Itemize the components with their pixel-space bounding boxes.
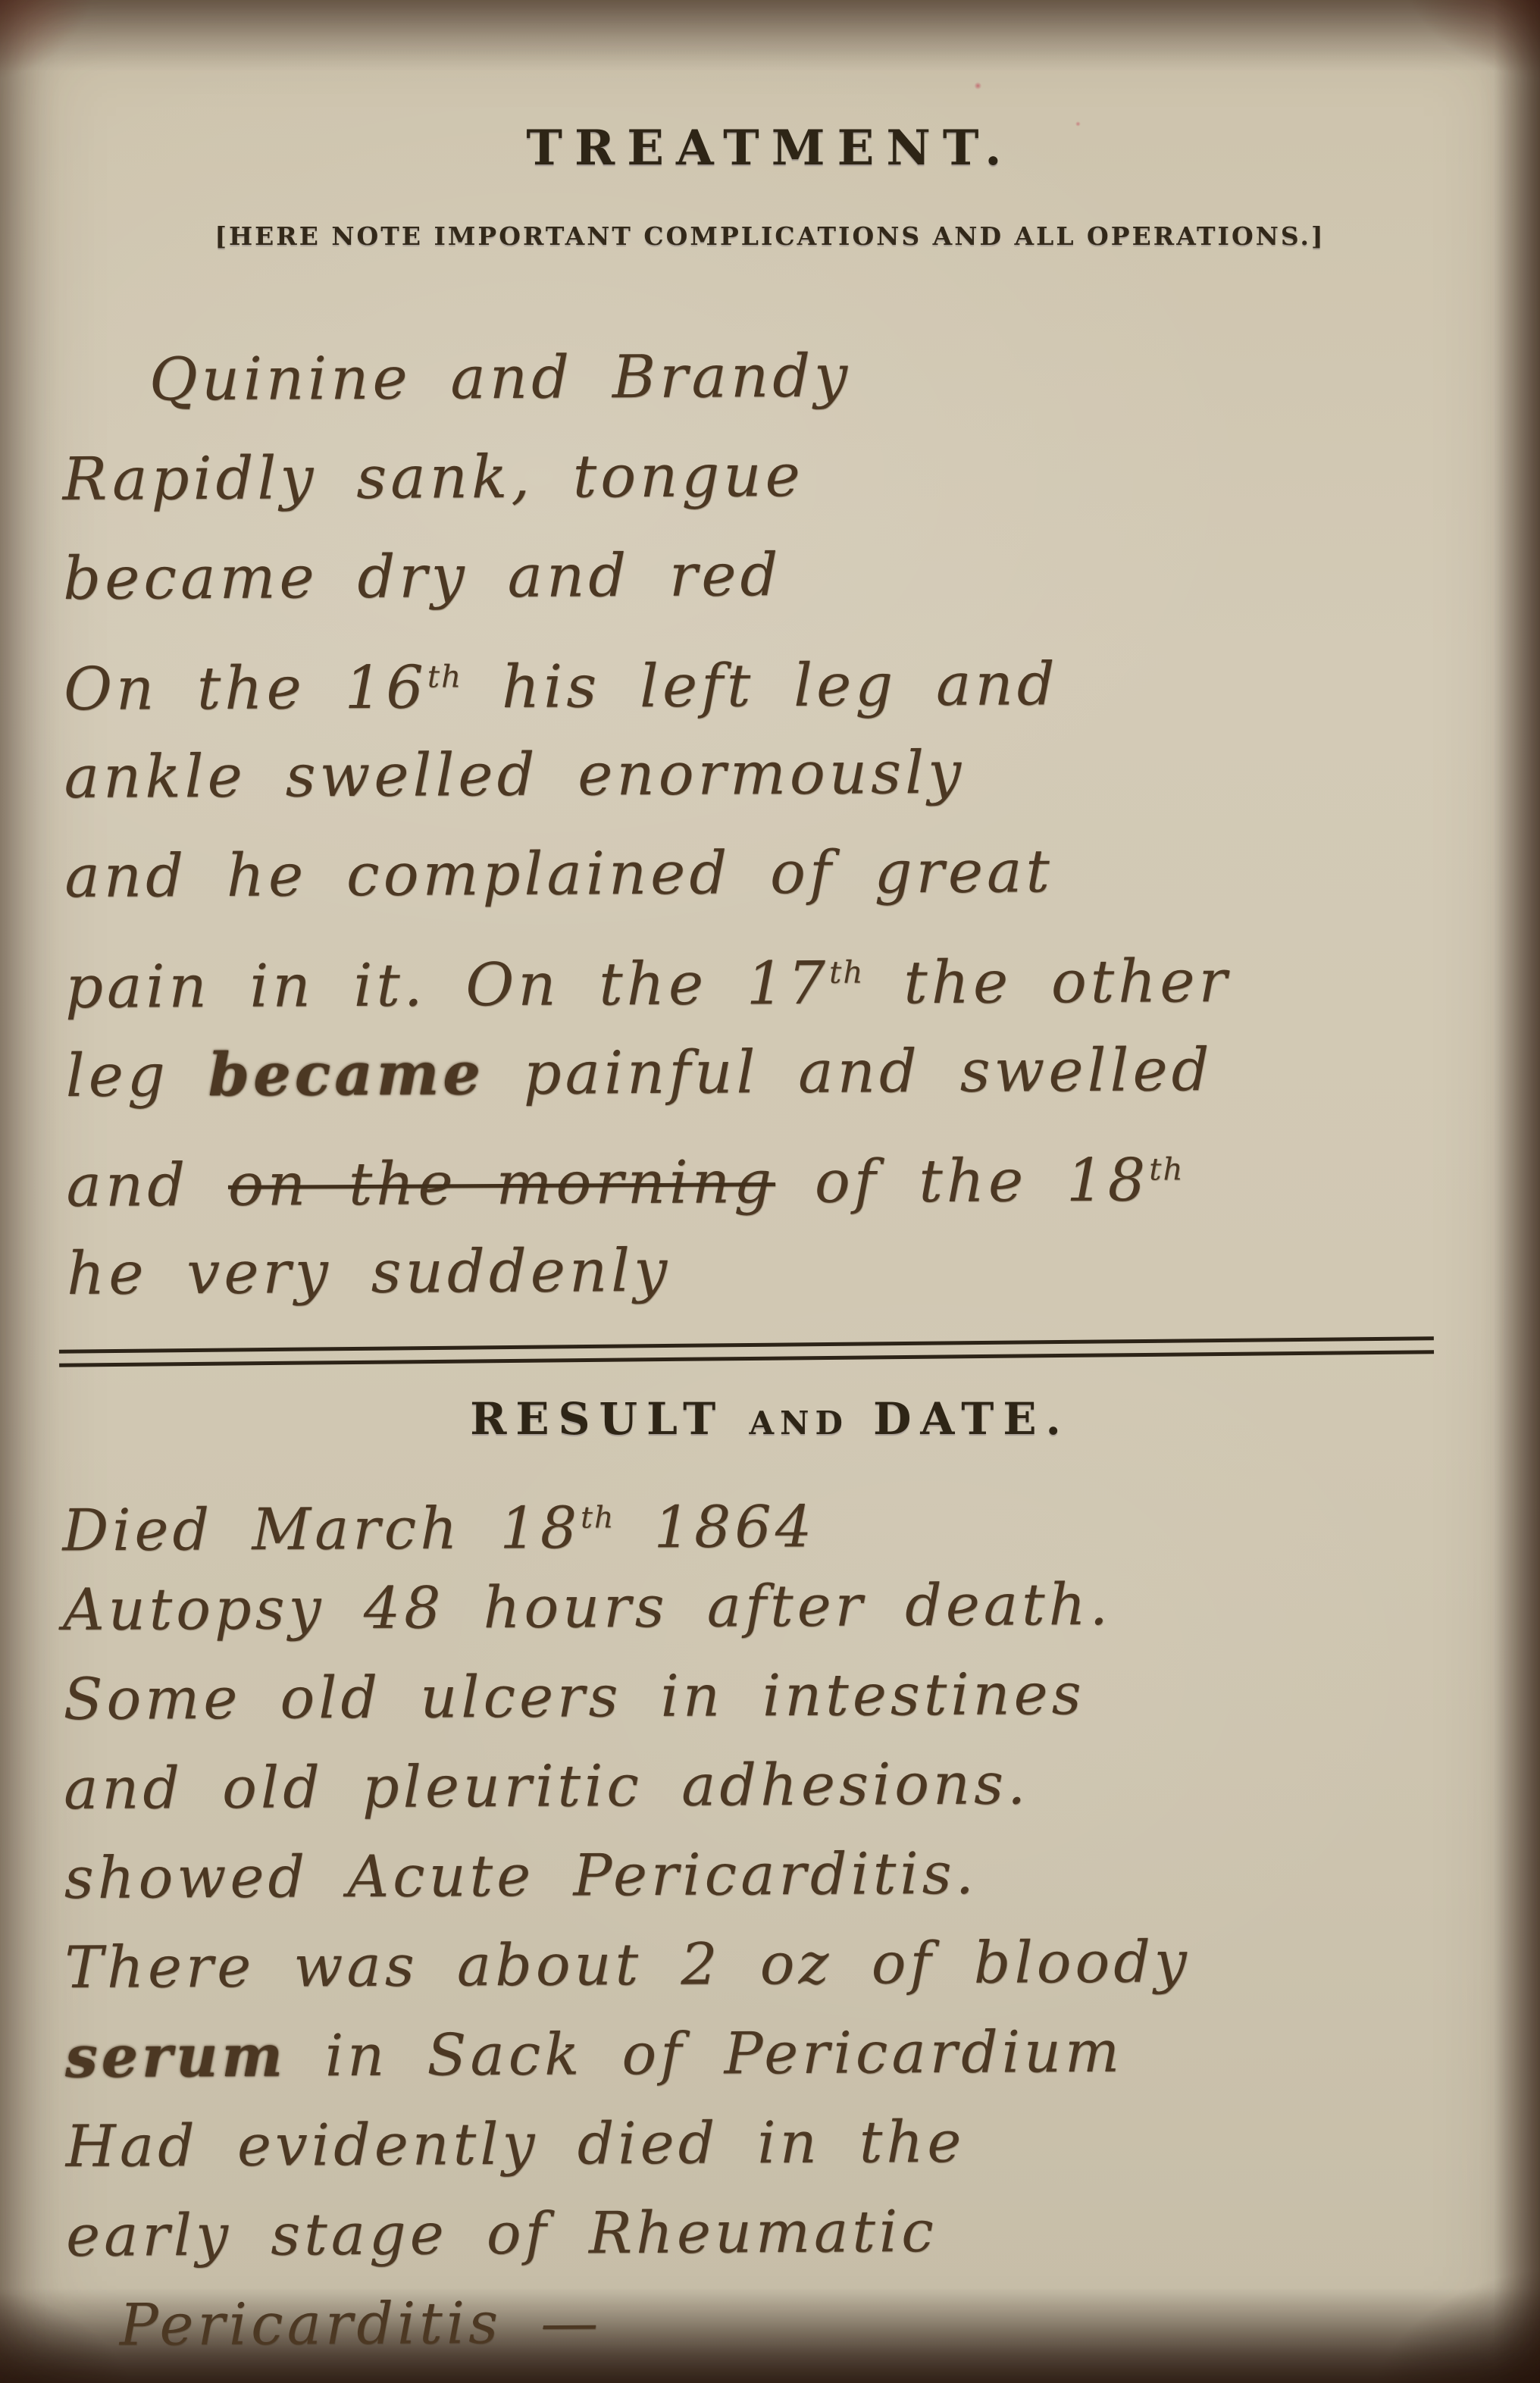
handwritten-text-segment: Quinine and Brandy [149,343,852,415]
treatment-section-title: TREATMENT. [0,120,1540,177]
handwritten-line: he very suddenly [67,1217,1528,1324]
treatment-handwriting: Quinine and BrandyRapidly sank, tonguebe… [62,324,1528,1324]
handwritten-text-segment: became dry and red [63,541,782,613]
handwritten-text-segment: of the 18 [775,1147,1150,1217]
handwritten-text-segment: Pericarditis — [120,2288,603,2358]
handwritten-text-segment: th [581,1500,615,1535]
handwritten-line: Pericarditis — [66,2273,1527,2370]
result-title-word-result: RESULT [470,1393,725,1445]
handwritten-line: Died March 18th 1864 [62,1468,1523,1565]
handwritten-line: pain in it. On the 17th the other [65,919,1526,1026]
handwritten-text-segment: Autopsy 48 hours after death. [63,1570,1112,1643]
handwritten-text-segment: Had evidently died in the [65,2108,965,2180]
handwritten-text-segment: and he complained of great [64,838,1053,911]
medical-record-page: TREATMENT. [HERE NOTE IMPORTANT COMPLICA… [0,0,1540,2383]
result-title-word-date: DATE. [873,1393,1070,1445]
handwritten-text-segment: in Sack of Pericardium [286,2018,1124,2090]
handwritten-text-segment: leg [65,1041,208,1110]
handwritten-text-segment: his left leg and [462,650,1059,722]
handwritten-line: serum in Sack of Pericardium [65,2005,1526,2102]
handwritten-text-segment: serum [65,2022,286,2091]
result-handwriting: Died March 18th 1864Autopsy 48 hours aft… [62,1468,1527,2370]
treatment-section-note: [HERE NOTE IMPORTANT COMPLICATIONS AND A… [0,221,1540,251]
handwritten-text-segment: pain in it. On the 17 [65,950,829,1022]
handwritten-line: and old pleuritic adhesions. [64,1736,1525,1833]
handwritten-line: and on the morning of the 18th [66,1118,1527,1225]
handwritten-text-segment: th [829,954,865,991]
handwritten-line: Rapidly sank, tongue [62,423,1523,530]
handwritten-text-segment: There was about 2 oz of bloody [64,1927,1191,2001]
handwritten-text-segment: Some old ulcers in intestines [63,1660,1085,1733]
result-section-title: RESULT AND DATE. [0,1393,1540,1445]
handwritten-text-segment: and [66,1151,228,1220]
handwritten-line: and he complained of great [64,820,1526,927]
handwritten-text-segment: he very suddenly [67,1237,671,1308]
handwritten-line: Quinine and Brandy [62,324,1523,431]
handwritten-line: There was about 2 oz of bloody [64,1915,1526,2012]
handwritten-text-segment: on the morning [228,1148,776,1220]
handwritten-line: leg became painful and swelled [65,1019,1526,1126]
handwritten-text-segment: the other [864,947,1231,1018]
handwritten-line: Had evidently died in the [65,2094,1526,2191]
handwritten-text-segment: and old pleuritic adhesions. [64,1749,1030,1822]
result-title-word-and: AND [750,1404,849,1442]
handwritten-text-segment: showed Acute Pericarditis. [64,1840,978,1912]
handwritten-text-segment: 1864 [615,1492,815,1561]
handwritten-text-segment: Died March 18 [62,1494,581,1564]
section-divider-rule [59,1336,1434,1367]
handwritten-text-segment: ankle swelled enormously [64,739,965,812]
handwritten-text-segment: became [208,1039,484,1110]
handwritten-line: Autopsy 48 hours after death. [63,1558,1524,1655]
handwritten-line: On the 16th his left leg and [64,622,1525,728]
handwritten-line: ankle swelled enormously [64,721,1525,828]
handwritten-text-segment: painful and swelled [484,1036,1213,1108]
handwritten-text-segment: On the 16 [64,654,427,725]
handwritten-text-segment: Rapidly sank, tongue [62,442,804,514]
handwritten-text-segment: early stage of Rheumatic [66,2197,937,2269]
handwritten-line: Some old ulcers in intestines [63,1647,1524,1744]
handwritten-line: early stage of Rheumatic [66,2184,1527,2281]
handwritten-line: showed Acute Pericarditis. [64,1826,1525,1923]
handwritten-text-segment: th [1149,1151,1185,1187]
handwritten-text-segment: th [427,658,463,694]
handwritten-line: became dry and red [63,522,1524,629]
